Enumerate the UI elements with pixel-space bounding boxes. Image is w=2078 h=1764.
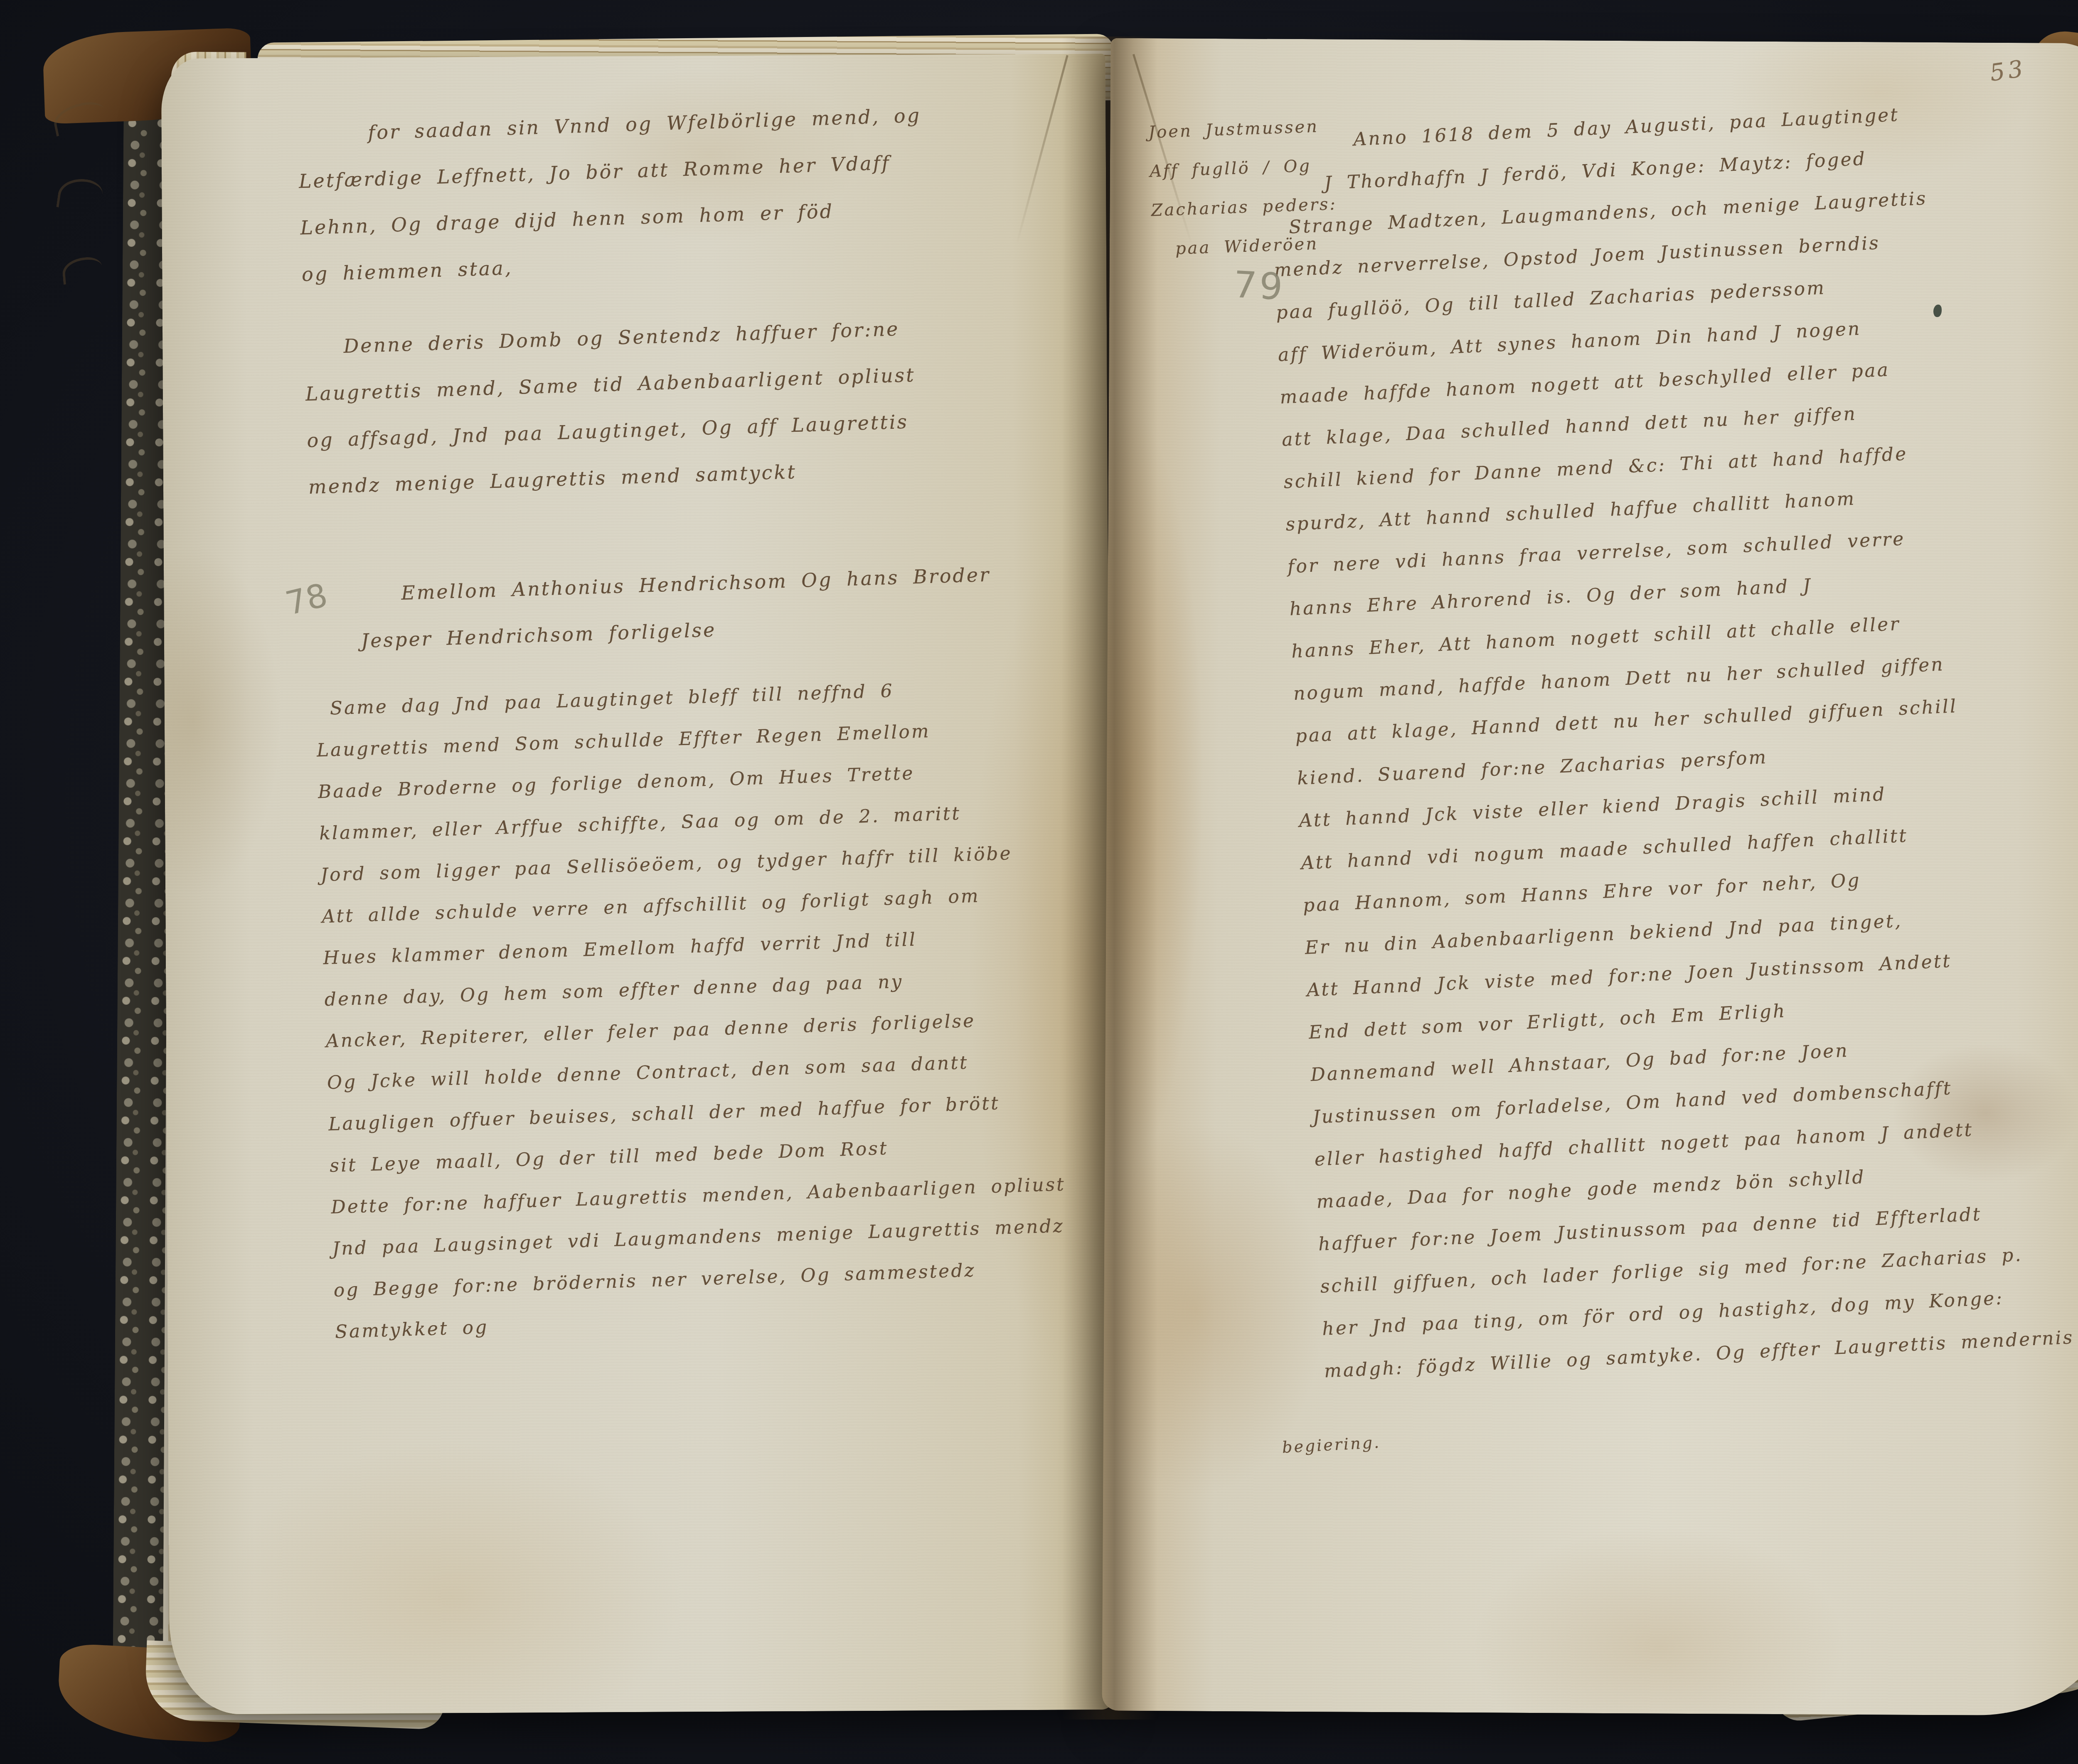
- left-paragraph-sentence: for saadan sin Vnnd og Wfelbörlige mend,…: [297, 87, 1083, 298]
- right-page-text: Anno 1618 dem 5 day Augusti, paa Laugtin…: [1268, 85, 2078, 1393]
- case-heading: Emellom Anthonius Hendrichsom Og hans Br…: [311, 548, 1095, 666]
- left-page-text: for saadan sin Vnnd og Wfelbörlige mend,…: [297, 87, 1121, 1482]
- fore-edge-scribble: [62, 256, 103, 285]
- left-case-body: Same dag Jnd paa Laugtinget bleff till n…: [315, 664, 1116, 1353]
- manuscript-photograph: for saadan sin Vnnd og Wfelbörlige mend,…: [0, 0, 2078, 1764]
- fore-edge-scribble: [56, 176, 104, 213]
- folio-page-number: 53: [1988, 55, 2028, 87]
- margin-number-79: 79: [1232, 263, 1286, 308]
- left-paragraph-verdict: Denne deris Domb og Sentendz haffuer for…: [303, 300, 1090, 510]
